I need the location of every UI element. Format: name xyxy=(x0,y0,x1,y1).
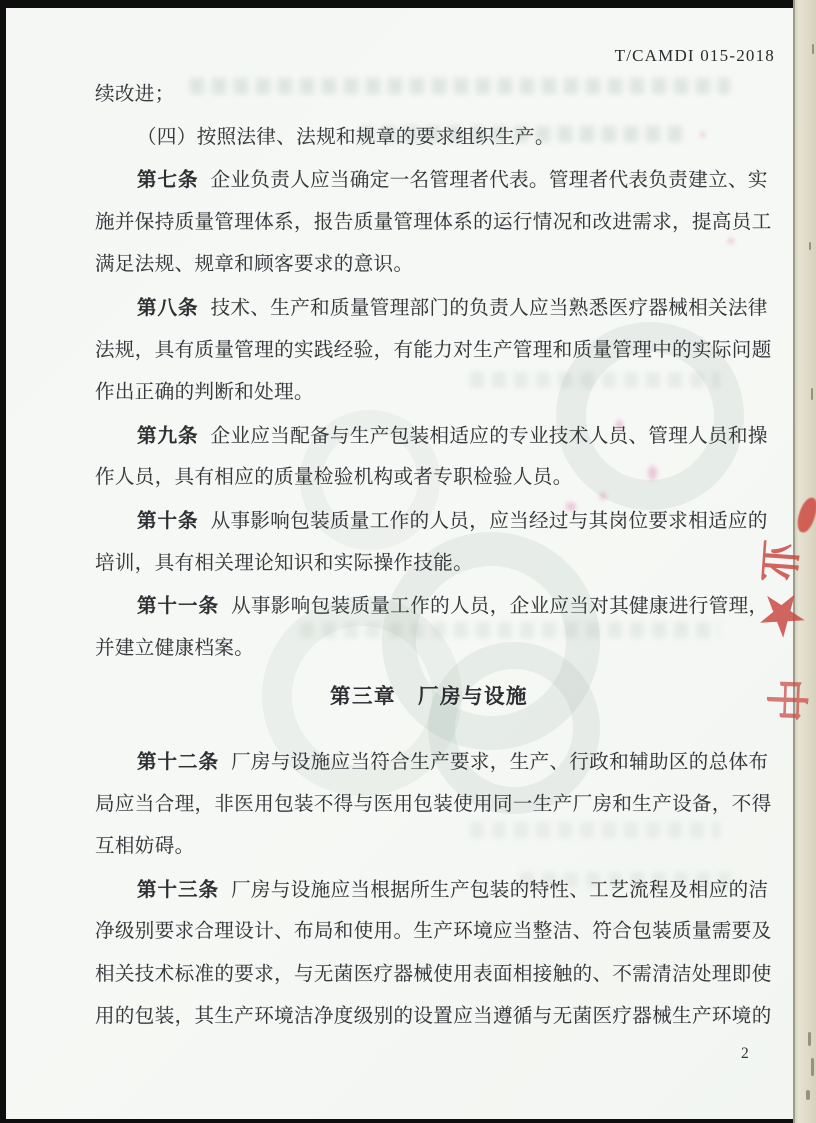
edge-speck xyxy=(811,1058,814,1076)
edge-speck xyxy=(811,388,813,400)
text-line: 第十一条从事影响包装质量工作的人员，企业应当对其健康进行管理， xyxy=(95,585,763,628)
text-line: 续改进； xyxy=(95,74,763,117)
text-line: 第十条从事影响包装质量工作的人员，应当经过与其岗位要求相适应的 xyxy=(95,500,763,543)
doc-code-header: T/CAMDI 015-2018 xyxy=(615,46,775,66)
text-line: 培训，具有相关理论知识和实际操作技能。 xyxy=(95,543,763,586)
text-line: 第七条企业负责人应当确定一名管理者代表。管理者代表负责建立、实 xyxy=(95,159,763,202)
article-number: 第十三条 xyxy=(137,879,219,901)
text-line: 施并保持质量管理体系，报告质量管理体系的运行情况和改进需求，提高员工 xyxy=(95,202,763,245)
text-line: 作出正确的判断和处理。 xyxy=(95,372,763,415)
text-line: 作人员，具有相应的质量检验机构或者专职检验人员。 xyxy=(95,457,763,500)
text-line: 并建立健康档案。 xyxy=(95,628,763,671)
scanned-page: T/CAMDI 015-2018 2 续改进；（四）按照法律、法规和规章的要求组… xyxy=(0,0,816,1123)
edge-speck xyxy=(806,1090,810,1100)
edge-speck xyxy=(812,44,814,54)
text-line: 满足法规、规章和顾客要求的意识。 xyxy=(95,244,763,287)
article-number: 第九条 xyxy=(137,425,199,447)
article-number: 第七条 xyxy=(137,169,199,191)
text-line: 净级别要求合理设计、布局和使用。生产环境应当整洁、符合包装质量需要及 xyxy=(95,911,763,954)
red-stamp-character: 业 xyxy=(750,538,813,584)
edge-speck xyxy=(809,242,811,250)
text-line: 第十三条厂房与设施应当根据所生产包装的特性、工艺流程及相应的洁 xyxy=(95,869,763,912)
text-line: 局应当合理，非医用包装不得与医用包装使用同一生产厂房和生产设备，不得 xyxy=(95,784,763,827)
article-number: 第十一条 xyxy=(137,595,219,617)
chapter-heading: 第三章 厂房与设施 xyxy=(95,676,763,719)
text-line: （四）按照法律、法规和规章的要求组织生产。 xyxy=(95,117,763,160)
text-line: 第十二条厂房与设施应当符合生产要求，生产、行政和辅助区的总体布 xyxy=(95,741,763,784)
page-number: 2 xyxy=(741,1045,749,1063)
text-line: 法规，具有质量管理的实践经验，有能力对生产管理和质量管理中的实际问题 xyxy=(95,330,763,373)
article-number: 第十二条 xyxy=(137,751,219,773)
text-line: 互相妨碍。 xyxy=(95,826,763,869)
red-stamp-character: 中 xyxy=(757,677,816,723)
text-line: 用的包装，其生产环境洁净度级别的设置应当遵循与无菌医疗器械生产环境的 xyxy=(95,996,763,1039)
edge-speck xyxy=(808,1032,811,1046)
document-body: 续改进；（四）按照法律、法规和规章的要求组织生产。第七条企业负责人应当确定一名管… xyxy=(95,74,763,1039)
text-line: 第九条企业应当配备与生产包装相适应的专业技术人员、管理人员和操 xyxy=(95,415,763,458)
text-line: 第八条技术、生产和质量管理部门的负责人应当熟悉医疗器械相关法律 xyxy=(95,287,763,330)
text-line: 相关技术标准的要求，与无菌医疗器械使用表面相接触的、不需清洁处理即使 xyxy=(95,954,763,997)
article-number: 第八条 xyxy=(137,297,199,319)
article-number: 第十条 xyxy=(137,510,199,532)
